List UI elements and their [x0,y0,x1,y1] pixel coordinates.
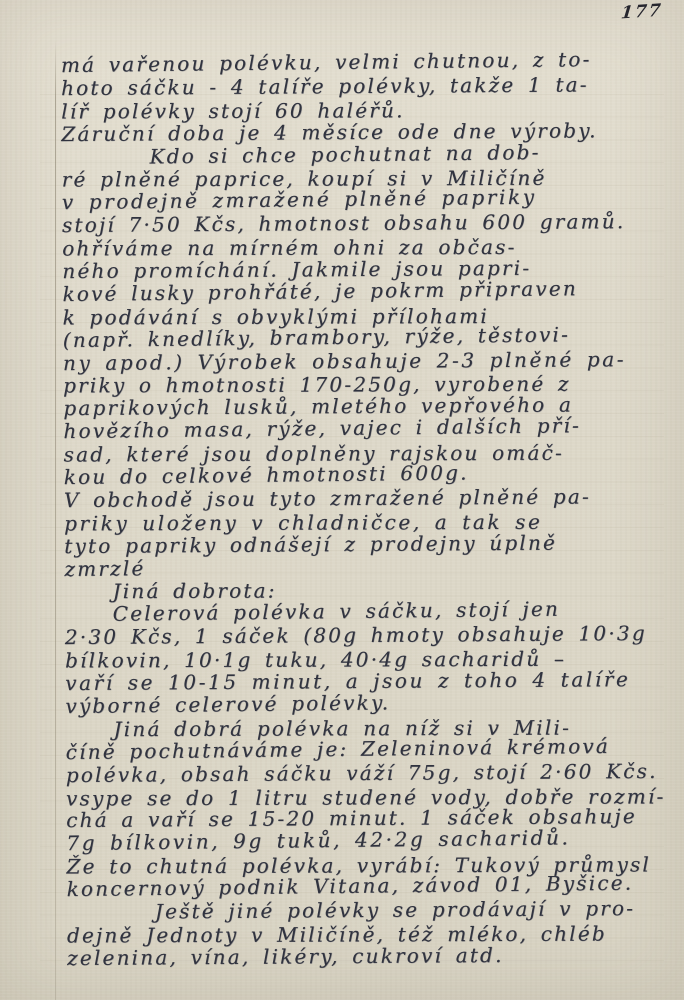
text-line-content: 7g bílkovin, 9g tuků, 42·2g sacharidů. [66,826,570,856]
text-line: hoto sáčku - 4 talíře polévky, takže 1 t… [61,73,657,100]
text-line-content: hovězího masa, rýže, vajec i dalších pří… [63,413,581,443]
text-line-content: priky uloženy v chladničce, a tak se [64,510,542,536]
text-line: priky uloženy v chladničce, a tak se [64,510,660,535]
text-line-content: bílkovin, 10·1g tuku, 40·4g sacharidů – [65,647,566,673]
handwritten-text: má vařenou polévku, velmi chutnou, z to-… [61,50,663,970]
notebook-page: 177 má vařenou polévku, velmi chutnou, z… [0,0,684,1000]
text-line: stojí 7·50 Kčs, hmotnost obsahu 600 gram… [62,210,658,237]
text-line-content: Kdo si chce pochutnat na dob- [149,140,540,168]
text-line: 2·30 Kčs, 1 sáček (80g hmoty obsahuje 10… [65,622,661,649]
text-line: výborné celerové polévky. [65,688,661,718]
text-line-content: vsype se do 1 litru studené vody, dobře … [66,784,666,810]
text-line: líř polévky stojí 60 haléřů. [61,98,657,123]
text-line-content: zmrzlé [64,556,145,581]
text-line-content: ohříváme na mírném ohni za občas- [62,235,516,261]
text-line: Kdo si chce pochutnat na dob- [149,139,657,168]
text-line-content: V obchodě jsou tyto zmražené plněné pa- [64,484,591,512]
text-line: dejně Jednoty v Miličíně, též mléko, chl… [67,922,663,947]
text-line-content: kové lusky prohřáté, je pokrm připraven [62,276,578,306]
margin-rule [55,40,56,1000]
text-line: priky o hmotnosti 170-250g, vyrobené z [63,373,659,398]
text-line: kové lusky prohřáté, je pokrm připraven [62,276,658,306]
text-line-content: kou do celkové hmotnosti 600g. [64,461,469,490]
text-line: 7g bílkovin, 9g tuků, 42·2g sacharidů. [66,826,662,856]
page-number: 177 [619,0,663,23]
text-line: hovězího masa, rýže, vajec i dalších pří… [63,414,659,444]
text-line-content: výborné celerové polévky. [65,690,390,718]
text-line: V obchodě jsou tyto zmražené plněné pa- [64,485,660,512]
text-line: ny apod.) Výrobek obsahuje 2-3 plněné pa… [63,348,659,375]
text-line-content: líř polévky stojí 60 haléřů. [61,98,404,123]
text-line: Ještě jiné polévky se prodávají v pro- [155,897,663,923]
text-line-content: priky o hmotnosti 170-250g, vyrobené z [63,372,571,398]
text-line: ohříváme na mírném ohni za občas- [62,236,658,261]
text-line-content: Ještě jiné polévky se prodávají v pro- [155,896,636,923]
text-line-content: 2·30 Kčs, 1 sáček (80g hmoty obsahuje 10… [65,621,647,649]
text-line-content: hoto sáčku - 4 talíře polévky, takže 1 t… [61,72,589,100]
text-line: vsype se do 1 litru studené vody, dobře … [66,785,662,810]
text-line: bílkovin, 10·1g tuku, 40·4g sacharidů – [65,648,661,673]
text-line-content: dejně Jednoty v Miličíně, též mléko, chl… [67,921,607,947]
text-line-content: stojí 7·50 Kčs, hmotnost obsahu 600 gram… [62,209,626,237]
text-line: polévka, obsah sáčku váží 75g, stojí 2·6… [66,760,662,787]
